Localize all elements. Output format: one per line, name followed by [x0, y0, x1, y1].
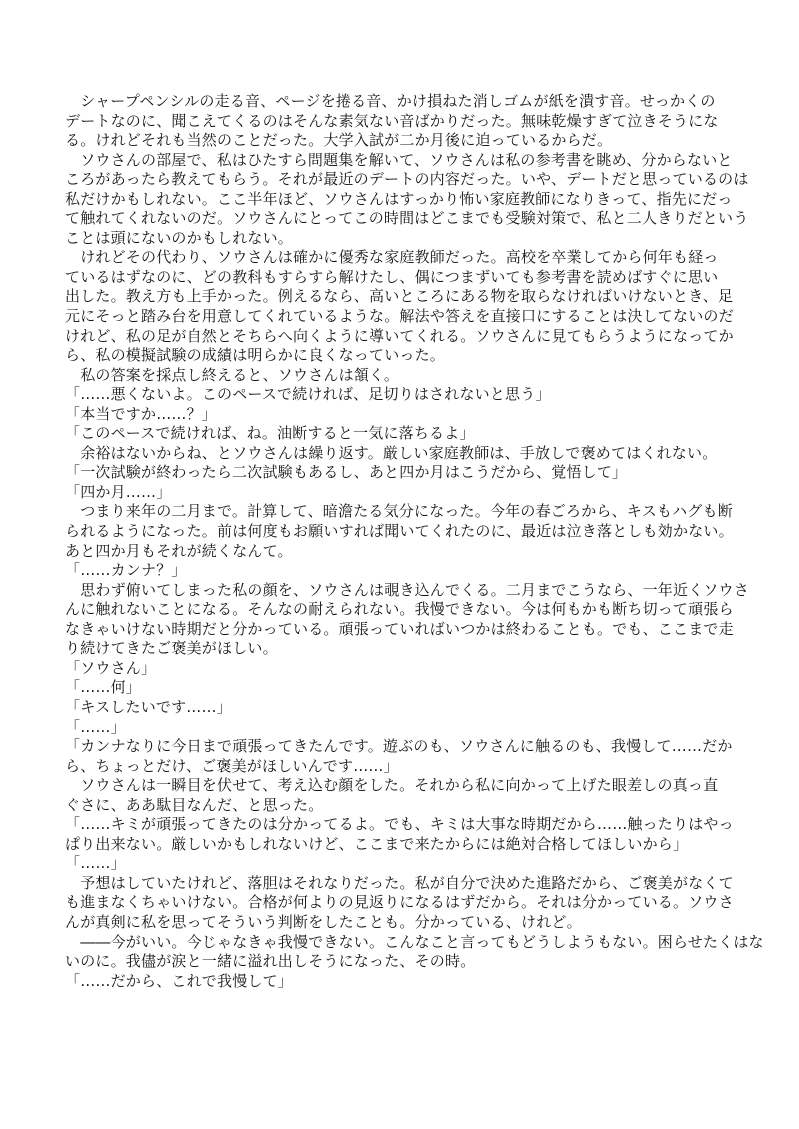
text-line: も進まなくちゃいけない。合格が何よりの見返りになるはずだから。それは分かっている… [65, 893, 767, 913]
text-line: 思わず俯いてしまった私の顔を、ソウさんは覗き込んでくる。二月までこうなら、一年近… [65, 581, 767, 601]
text-line: 「……カンナ？」 [65, 561, 767, 581]
text-line: て触れてくれないのだ。ソウさんにとってこの時間はどこまでも受験対策で、私と二人き… [65, 209, 767, 229]
text-line: 「ソウさん」 [65, 659, 767, 679]
text-line: 「四か月……」 [65, 483, 767, 503]
text-line: 予想はしていたけれど、落胆はそれなりだった。私が自分で決めた進路だから、ご褒美が… [65, 874, 767, 894]
text-line: けれどその代わり、ソウさんは確かに優秀な家庭教師だった。高校を卒業してから何年も… [65, 248, 767, 268]
text-line: 「……」 [65, 854, 767, 874]
text-line: ことは頭にないのかもしれない。 [65, 229, 767, 249]
text-line: 私だけかもしれない。ここ半年ほど、ソウさんはすっかり怖い家庭教師になりきって、指… [65, 190, 767, 210]
text-line: 「……悪くないよ。このペースで続ければ、足切りはされないと思う」 [65, 385, 767, 405]
text-line: 元にそっと踏み台を用意してくれているような。解法や答えを直接口にすることは決して… [65, 307, 767, 327]
text-line: んに触れないことになる。そんなの耐えられない。我慢できない。今は何もかも断ち切っ… [65, 600, 767, 620]
text-line: 「……キミが頑張ってきたのは分かってるよ。でも、キミは大事な時期だから……触った… [65, 815, 767, 835]
text-line: り続けてきたご褒美がほしい。 [65, 639, 767, 659]
text-line: ら、ちょっとだけ、ご褒美がほしいんです……」 [65, 757, 767, 777]
text-line: られるようになった。前は何度もお願いすれば聞いてくれたのに、最近は泣き落としも効… [65, 522, 767, 542]
text-line: んが真剣に私を思ってそういう判断をしたことも。分かっている、けれど。 [65, 913, 767, 933]
text-line: ているはずなのに、どの教科もすらすら解けたし、偶につまずいても参考書を読めばすぐ… [65, 268, 767, 288]
document-page: シャープペンシルの走る音、ページを捲る音、かけ損ねた消しゴムが紙を潰す音。せっか… [0, 0, 799, 1129]
text-line: けれど、私の足が自然とそちらへ向くように導いてくれる。ソウさんに見てもらうように… [65, 327, 767, 347]
text-line: つまり来年の二月まで。計算して、暗澹たる気分になった。今年の春ごろから、キスもハ… [65, 502, 767, 522]
story-text-block: シャープペンシルの走る音、ページを捲る音、かけ損ねた消しゴムが紙を潰す音。せっか… [65, 92, 767, 991]
text-line: ソウさんの部屋で、私はひたすら問題集を解いて、ソウさんは私の参考書を眺め、分から… [65, 151, 767, 171]
text-line: ぱり出来ない。厳しいかもしれないけど、ここまで来たからには絶対合格してほしいから… [65, 835, 767, 855]
text-line: なきゃいけない時期だと分かっている。頑張っていればいつかは終わることも。でも、こ… [65, 620, 767, 640]
text-line: 「一次試験が終わったら二次試験もあるし、あと四か月はこうだから、覚悟して」 [65, 463, 767, 483]
text-line: あと四か月もそれが続くなんて。 [65, 542, 767, 562]
text-line: ら、私の模擬試験の成績は明らかに良くなっていった。 [65, 346, 767, 366]
text-line: いのに。我儘が涙と一緒に溢れ出しそうになった、その時。 [65, 952, 767, 972]
text-line: 余裕はないからね、とソウさんは繰り返す。厳しい家庭教師は、手放しで褒めてはくれな… [65, 444, 767, 464]
text-line: 「このペースで続ければ、ね。油断すると一気に落ちるよ」 [65, 424, 767, 444]
text-line: 「カンナなりに今日まで頑張ってきたんです。遊ぶのも、ソウさんに触るのも、我慢して… [65, 737, 767, 757]
text-line: ――今がいい。今じゃなきゃ我慢できない。こんなこと言ってもどうしようもない。困ら… [65, 933, 767, 953]
text-line: 「キスしたいです……」 [65, 698, 767, 718]
text-line: 出した。教え方も上手かった。例えるなら、高いところにある物を取らなければいけない… [65, 287, 767, 307]
text-line: 「……」 [65, 718, 767, 738]
text-line: ぐさに、ああ駄目なんだ、と思った。 [65, 796, 767, 816]
text-line: る。けれどそれも当然のことだった。大学入試が二か月後に迫っているからだ。 [65, 131, 767, 151]
text-line: デートなのに、聞こえてくるのはそんな素気ない音ばかりだった。無味乾燥すぎて泣きそ… [65, 112, 767, 132]
text-line: 「……だから、これで我慢して」 [65, 972, 767, 992]
text-line: 私の答案を採点し終えると、ソウさんは頷く。 [65, 366, 767, 386]
text-line: ソウさんは一瞬目を伏せて、考え込む顔をした。それから私に向かって上げた眼差しの真… [65, 776, 767, 796]
text-line: 「……何」 [65, 678, 767, 698]
text-line: 「本当ですか……？」 [65, 405, 767, 425]
text-line: ころがあったら教えてもらう。それが最近のデートの内容だった。いや、デートだと思っ… [65, 170, 767, 190]
text-line: シャープペンシルの走る音、ページを捲る音、かけ損ねた消しゴムが紙を潰す音。せっか… [65, 92, 767, 112]
